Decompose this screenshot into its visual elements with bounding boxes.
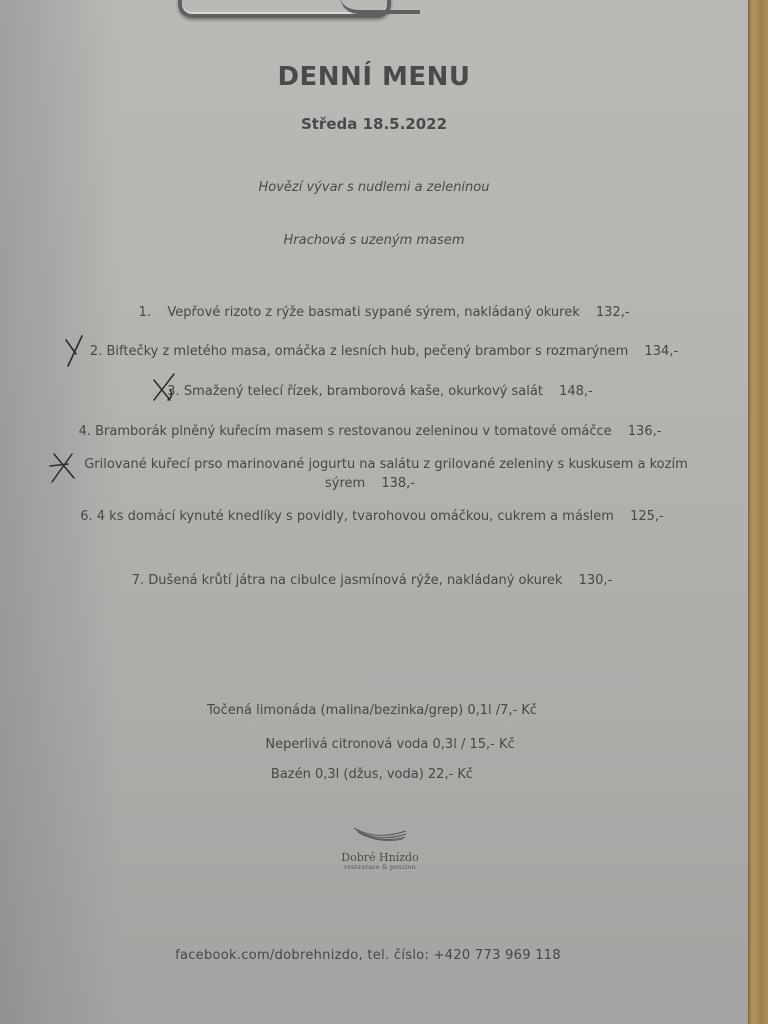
handwritten-strike-mark-icon	[150, 372, 180, 406]
meal-item-5-line2: sýrem 138,-	[0, 476, 744, 491]
restaurant-logo: Dobré Hnízdo restaurace & penzion	[300, 825, 460, 871]
menu-paper: DENNÍ MENU Středa 18.5.2022 Hovězí vývar…	[0, 0, 748, 1024]
meal-number: 6.	[80, 509, 92, 524]
footer-contact: facebook.com/dobrehnizdo, tel. číslo: +4…	[0, 948, 742, 963]
meal-name: Biftečky z mletého masa, omáčka z lesníc…	[106, 344, 628, 359]
meal-name: Grilované kuřecí prso marinované jogurtu…	[84, 457, 688, 472]
meal-name: Dušená krůtí játra na cibulce jasmínová …	[148, 573, 562, 588]
meal-price: 125,-	[630, 509, 664, 524]
meal-item-1: 1. Vepřové rizoto z rýže basmati sypané …	[10, 305, 758, 320]
meal-price: 136,-	[628, 424, 662, 439]
meal-item-6: 6. 4 ks domácí kynuté knedlíky s povidly…	[0, 509, 746, 524]
meal-price: 148,-	[559, 384, 593, 399]
meal-number: 4.	[79, 424, 91, 439]
meal-item-3: 3. Smažený telecí řízek, bramborová kaše…	[6, 384, 754, 399]
meal-item-4: 4. Bramborák plněný kuřecím masem s rest…	[0, 424, 744, 439]
meal-name: Smažený telecí řízek, bramborová kaše, o…	[184, 384, 543, 399]
meal-item-5: Grilované kuřecí prso marinované jogurtu…	[12, 457, 760, 472]
meal-price: 138,-	[381, 476, 415, 491]
meal-item-2: 2. Biftečky z mletého masa, omáčka z les…	[10, 344, 758, 359]
wooden-background	[746, 0, 768, 1024]
handwritten-strike-mark-icon	[62, 334, 92, 368]
meal-name: Vepřové rizoto z rýže basmati sypané sýr…	[167, 305, 579, 320]
drink-3: Bazén 0,3l (džus, voda) 22,- Kč	[0, 767, 746, 782]
handwritten-strike-mark-icon	[48, 450, 78, 484]
meal-name: Bramborák plněný kuřecím masem s restova…	[95, 424, 612, 439]
logo-subtitle: restaurace & penzion	[300, 864, 460, 871]
meal-name-continued: sýrem	[325, 476, 365, 491]
menu-date: Středa 18.5.2022	[0, 115, 748, 133]
meal-name: 4 ks domácí kynuté knedlíky s povidly, t…	[97, 509, 614, 524]
meal-price: 130,-	[579, 573, 613, 588]
soup-1: Hovězí vývar s nudlemi a zeleninou	[0, 180, 748, 195]
meal-number: 7.	[132, 573, 144, 588]
feather-swoosh-icon	[350, 825, 410, 845]
meal-price: 132,-	[596, 305, 630, 320]
page-title: DENNÍ MENU	[0, 62, 748, 92]
meal-number: 1.	[138, 305, 150, 320]
soup-2: Hrachová s uzeným masem	[0, 233, 748, 248]
drink-1: Točená limonáda (malina/bezinka/grep) 0,…	[0, 703, 746, 718]
meal-item-7: 7. Dušená krůtí játra na cibulce jasmíno…	[0, 573, 746, 588]
logo-name: Dobré Hnízdo	[300, 851, 460, 864]
drink-2: Neperlivá citronová voda 0,3l / 15,- Kč	[16, 737, 764, 752]
clipboard-clip-arm	[340, 0, 420, 14]
meal-price: 134,-	[644, 344, 678, 359]
